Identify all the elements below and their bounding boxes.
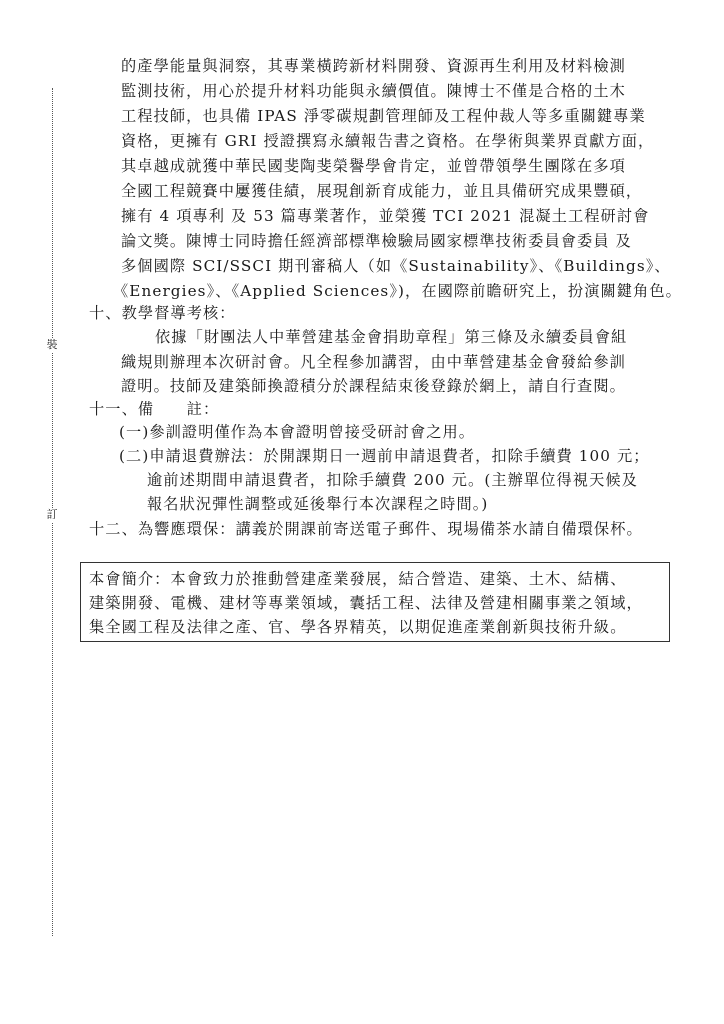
remark-item: (一)參訓證明僅作為本會證明曾接受研討會之用。 xyxy=(119,420,475,444)
section-environmental: 十二、為響應環保：講義於開課前寄送電子郵件、現場備茶水請自備環保杯。 xyxy=(89,517,643,541)
bio-line: 的產學能量與洞察，其專業橫跨新材料開發、資源再生利用及材料檢測 xyxy=(121,54,626,78)
bio-line: 監測技術，用心於提升材料功能與永續價值。陳博士不僅是合格的土木 xyxy=(121,79,626,103)
bio-line: 資格，更擁有 GRI 授證撰寫永續報告書之資格。在學術與業界貢獻方面， xyxy=(121,129,654,153)
bio-line: 《Energies》、《Applied Sciences》)，在國際前瞻研究上，… xyxy=(113,279,682,303)
section-heading: 十一、備 註： xyxy=(89,397,219,421)
section-text-line: 證明。技師及建築師換證積分於課程結束後登錄於網上，請自行查閱。 xyxy=(121,374,626,398)
binding-mark-ding: 訂 xyxy=(44,508,60,522)
foundation-intro-box: 本會簡介：本會致力於推動營建產業發展，結合營造、建築、土木、結構、 建築開發、電… xyxy=(80,562,670,642)
section-text-line: 織規則辦理本次研討會。凡全程參加講習，由中華營建基金會發給參訓 xyxy=(121,350,626,374)
intro-line: 本會簡介：本會致力於推動營建產業發展，結合營造、建築、土木、結構、 xyxy=(89,567,627,591)
section-text-line: 依據「財團法人中華營建基金會捐助章程」第三條及永續委員會組 xyxy=(155,325,627,349)
bio-line: 其卓越成就獲中華民國斐陶斐榮譽學會肯定，並曾帶領學生團隊在多項 xyxy=(121,154,626,178)
intro-line: 集全國工程及法律之產、官、學各界精英，以期促進產業創新與技術升級。 xyxy=(89,615,627,639)
remark-item-continued: 報名狀況彈性調整或延後舉行本次課程之時間。) xyxy=(147,492,488,516)
document-page: 裝 訂 的產學能量與洞察，其專業橫跨新材料開發、資源再生利用及材料檢測 監測技術… xyxy=(0,0,724,1024)
bio-line: 擁有 4 項專利 及 53 篇專業著作，並榮獲 TCI 2021 混凝土工程研討… xyxy=(121,204,649,228)
bio-line: 論文獎。陳博士同時擔任經濟部標準檢驗局國家標準技術委員會委員 及 xyxy=(121,229,632,253)
binding-mark-zhuang: 裝 xyxy=(44,338,60,352)
remark-item-continued: 逾前述期間申請退費者，扣除手續費 200 元。(主辦單位得視天候及 xyxy=(147,468,638,492)
bio-line: 多個國際 SCI/SSCI 期刊審稿人（如《Sustainability》、《B… xyxy=(121,254,671,278)
intro-line: 建築開發、電機、建材等專業領域，囊括工程、法律及營建相關事業之領域， xyxy=(89,591,643,615)
bio-line: 全國工程競賽中屢獲佳績，展現創新育成能力，並且具備研究成果豐碩， xyxy=(121,179,642,203)
remark-item: (二)申請退費辦法：於開課期日一週前申請退費者，扣除手續費 100 元； xyxy=(119,444,650,468)
bio-line: 工程技師，也具備 IPAS 淨零碳規劃管理師及工程仲裁人等多重關鍵專業 xyxy=(121,104,646,128)
section-heading: 十、教學督導考核： xyxy=(89,301,236,325)
